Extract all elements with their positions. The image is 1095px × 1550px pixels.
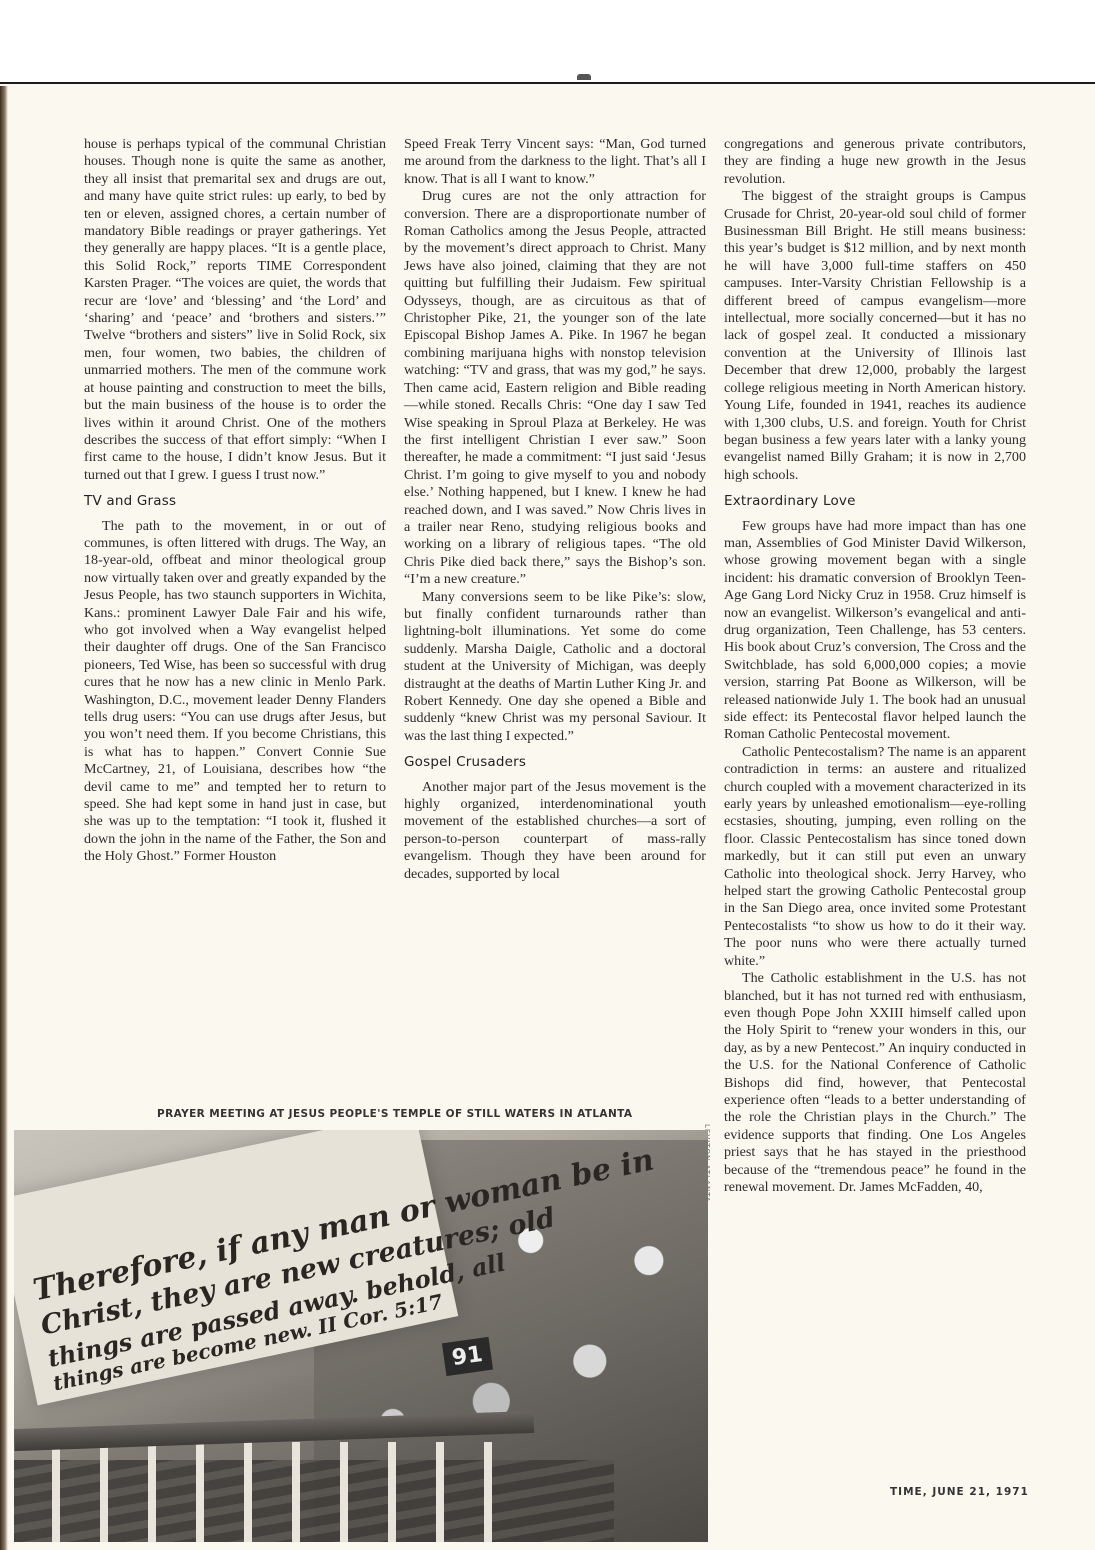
prayer-meeting-photo: Therefore, if any man or woman be in Chr…: [14, 1130, 708, 1542]
page-binding-edge: [0, 86, 8, 1550]
paragraph: The biggest of the straight groups is Ca…: [724, 188, 1026, 484]
paragraph: Speed Freak Terry Vincent says: “Man, Go…: [404, 136, 706, 188]
subhead-gospel-crusaders: Gospel Crusaders: [404, 754, 706, 771]
subhead-tv-and-grass: TV and Grass: [84, 493, 386, 510]
paragraph: Catholic Pentecostalism? The name is an …: [724, 744, 1026, 970]
jersey-number: 91: [442, 1337, 493, 1376]
paragraph: congregations and generous private contr…: [724, 136, 1026, 188]
article-column-2: Speed Freak Terry Vincent says: “Man, Go…: [404, 136, 706, 883]
paragraph: Few groups have had more impact than has…: [724, 518, 1026, 744]
article-column-3: congregations and generous private contr…: [724, 136, 1026, 1196]
paragraph: house is perhaps typical of the communal…: [84, 136, 386, 484]
paragraph: The Catholic establishment in the U.S. h…: [724, 970, 1026, 1196]
photo-caption: PRAYER MEETING AT JESUS PEOPLE'S TEMPLE …: [157, 1108, 632, 1120]
page-top-mark: [577, 74, 591, 80]
balusters-image: [24, 1442, 524, 1542]
paragraph: Another major part of the Jesus movement…: [404, 779, 706, 883]
paragraph: The path to the movement, in or out of c…: [84, 518, 386, 866]
subhead-extraordinary-love: Extraordinary Love: [724, 493, 1026, 510]
paragraph: Many conversions seem to be like Pike’s:…: [404, 589, 706, 746]
paragraph: Drug cures are not the only attraction f…: [404, 188, 706, 588]
page-footer-date: TIME, JUNE 21, 1971: [890, 1486, 1029, 1498]
article-column-1: house is perhaps typical of the communal…: [84, 136, 386, 866]
